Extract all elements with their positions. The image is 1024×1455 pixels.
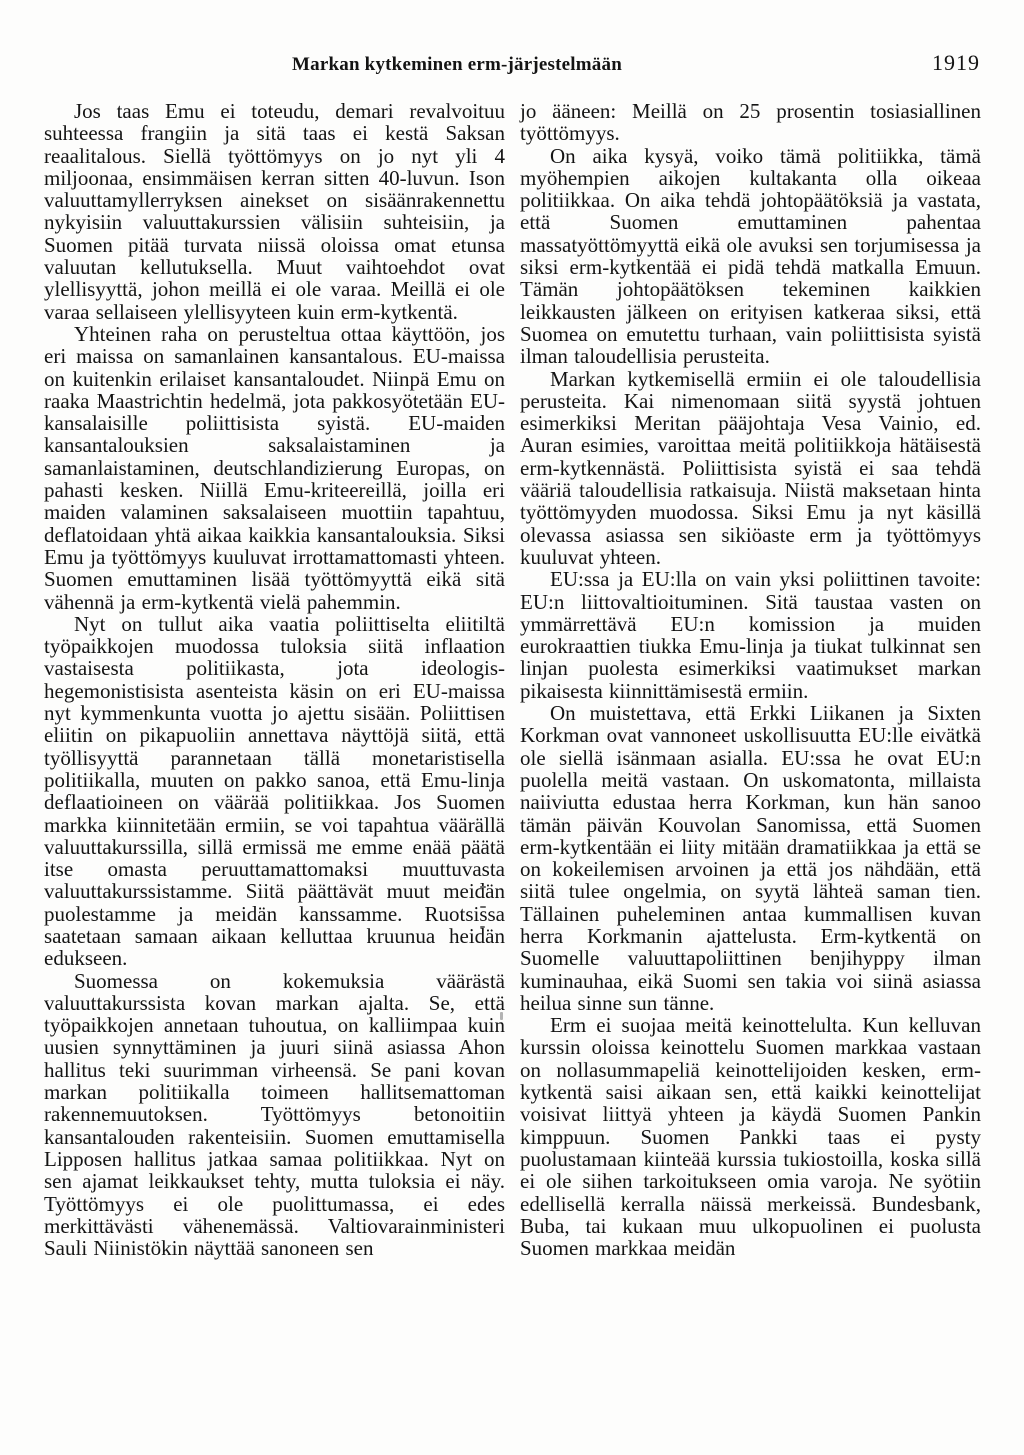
paragraph: jo ääneen: Meillä on 25 prosentin tosias… xyxy=(520,100,981,145)
paragraph: Jos taas Emu ei toteudu, demari revalvoi… xyxy=(44,100,505,323)
scan-artifact xyxy=(480,886,486,888)
paragraph: On aika kysyä, voiko tämä politiikka, tä… xyxy=(520,145,981,368)
page-header: Markan kytkeminen erm-järjestelmään 1919 xyxy=(44,50,980,76)
scan-artifact xyxy=(500,1012,503,1020)
paragraph: Yhteinen raha on perusteltua ottaa käytt… xyxy=(44,323,505,613)
text-column-left: Jos taas Emu ei toteudu, demari revalvoi… xyxy=(44,100,505,1259)
paragraph: EU:ssa ja EU:lla on vain yksi poliittine… xyxy=(520,568,981,702)
text-columns: Jos taas Emu ei toteudu, demari revalvoi… xyxy=(44,100,982,1259)
text-column-right: jo ääneen: Meillä on 25 prosentin tosias… xyxy=(520,100,981,1259)
scan-artifact xyxy=(480,926,485,928)
paragraph: Markan kytkemisellä ermiin ei ole taloud… xyxy=(520,368,981,569)
page-number-area: 1919 xyxy=(677,50,980,76)
paragraph: On muistettava, että Erkki Liikanen ja S… xyxy=(520,702,981,1014)
document-page: Markan kytkeminen erm-järjestelmään 1919… xyxy=(0,0,1024,1455)
running-title: Markan kytkeminen erm-järjestelmään xyxy=(292,54,622,76)
page-number: 1919 xyxy=(932,50,980,75)
paragraph: Suomessa on kokemuksia väärästä valuutta… xyxy=(44,970,505,1260)
paragraph: Erm ei suojaa meitä keinottelulta. Kun k… xyxy=(520,1014,981,1259)
scan-artifact xyxy=(480,906,486,908)
paragraph: Nyt on tullut aika vaatia poliittiselta … xyxy=(44,613,505,970)
